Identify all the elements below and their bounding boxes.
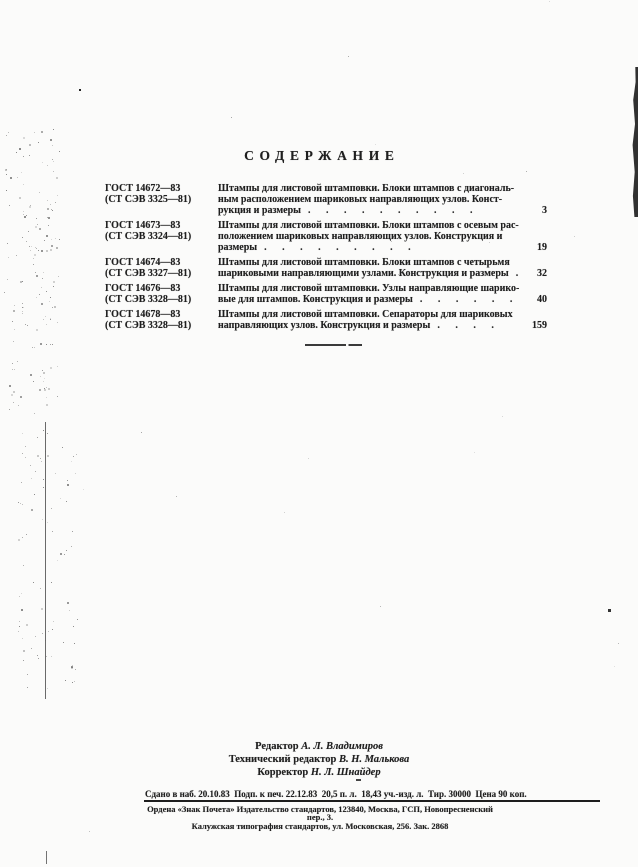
scan-speck bbox=[23, 211, 24, 212]
scan-speck bbox=[71, 666, 73, 668]
scan-speck bbox=[38, 142, 39, 143]
scan-speck bbox=[22, 307, 23, 308]
scan-speck bbox=[58, 276, 59, 277]
publisher-address: Ордена «Знак Почета» Издательство станда… bbox=[90, 806, 550, 821]
scan-speck bbox=[52, 531, 53, 532]
scan-speck bbox=[46, 344, 47, 345]
scan-speck bbox=[45, 316, 46, 317]
scan-speck bbox=[12, 363, 13, 364]
scan-speck bbox=[26, 534, 27, 535]
scan-speck bbox=[502, 416, 503, 417]
scan-speck bbox=[57, 322, 58, 323]
scan-speck bbox=[46, 387, 47, 388]
scan-speck bbox=[39, 192, 40, 193]
scan-speck bbox=[21, 609, 23, 611]
scan-speck bbox=[18, 631, 19, 632]
scan-speck bbox=[23, 660, 24, 661]
scan-speck bbox=[51, 245, 53, 247]
scan-speck bbox=[22, 281, 23, 282]
scan-speck bbox=[42, 370, 43, 371]
scan-speck bbox=[9, 205, 10, 206]
entry-description-cell: Штампы для листовой штамповки. Узлы напр… bbox=[218, 283, 521, 305]
scan-speck bbox=[48, 631, 49, 632]
dot-leader: . . . . . . . . . . bbox=[308, 205, 473, 216]
dot-leader: . . . . . . . . . bbox=[264, 242, 411, 253]
scan-speck bbox=[43, 487, 44, 488]
scan-speck bbox=[4, 292, 5, 293]
scan-artifact-vertical-line bbox=[46, 851, 47, 864]
scan-speck bbox=[526, 171, 527, 172]
scan-speck bbox=[6, 174, 7, 175]
scan-speck bbox=[10, 177, 12, 179]
scan-speck bbox=[43, 372, 45, 374]
scan-speck bbox=[20, 396, 22, 398]
scan-speck bbox=[22, 504, 23, 505]
scan-speck bbox=[549, 1, 550, 2]
scan-speck bbox=[47, 688, 48, 689]
scan-speck bbox=[21, 482, 22, 483]
scan-speck bbox=[34, 413, 35, 414]
scan-speck bbox=[11, 394, 13, 396]
gost-number: ГОСТ 14672—83 bbox=[105, 183, 218, 194]
dot-leader: . bbox=[516, 268, 519, 279]
scan-speck bbox=[6, 135, 7, 136]
scan-speck bbox=[6, 190, 7, 191]
entry-description-cell: Штампы для листовой штамповки. Блоки шта… bbox=[218, 183, 521, 216]
scan-speck bbox=[60, 498, 61, 499]
scan-speck bbox=[33, 582, 34, 583]
scan-speck bbox=[24, 216, 26, 218]
scan-speck bbox=[8, 257, 9, 258]
scan-speck bbox=[72, 531, 73, 532]
scan-speck bbox=[41, 287, 42, 288]
scan-speck bbox=[39, 294, 40, 295]
scan-speck bbox=[37, 455, 39, 457]
entry-description-cell: Штампы для листовой штамповки. Блоки шта… bbox=[218, 257, 521, 279]
scan-speck bbox=[8, 132, 9, 133]
scan-speck bbox=[26, 215, 27, 216]
scan-speck bbox=[22, 313, 23, 314]
scan-speck bbox=[41, 608, 43, 610]
scan-speck bbox=[63, 642, 64, 643]
credit-line: Корректор Н. Л. Шнайдер bbox=[0, 767, 638, 780]
scan-speck bbox=[41, 461, 42, 462]
scan-speck bbox=[33, 258, 34, 259]
scan-speck bbox=[50, 297, 51, 298]
scan-speck bbox=[51, 582, 52, 583]
scan-speck bbox=[75, 669, 76, 670]
scan-speck bbox=[73, 456, 74, 457]
scan-speck bbox=[42, 519, 43, 520]
scan-speck bbox=[141, 432, 142, 433]
scan-speck bbox=[71, 461, 72, 462]
scan-speck bbox=[55, 473, 56, 474]
scan-speck bbox=[40, 458, 41, 459]
scan-speck bbox=[12, 321, 13, 322]
scan-speck bbox=[53, 281, 55, 283]
toc-entry: ГОСТ 14674—83 (СТ СЭВ 3327—81) Штампы дл… bbox=[105, 257, 547, 279]
scan-speck bbox=[20, 281, 22, 283]
editor-role: Технический редактор bbox=[229, 754, 337, 765]
scan-speck bbox=[41, 303, 43, 305]
scan-speck bbox=[43, 430, 44, 431]
scan-speck bbox=[50, 367, 52, 369]
scan-speck bbox=[72, 682, 73, 683]
scan-speck bbox=[45, 640, 46, 641]
scan-speck bbox=[44, 240, 45, 241]
scan-speck bbox=[12, 369, 13, 370]
scan-speck bbox=[47, 455, 49, 457]
scan-speck bbox=[35, 636, 36, 637]
scan-speck bbox=[23, 650, 25, 652]
scan-speck bbox=[41, 250, 43, 252]
gost-number: ГОСТ 14673—83 bbox=[105, 220, 218, 231]
scan-speck bbox=[54, 306, 56, 308]
scan-speck bbox=[22, 311, 23, 312]
scan-speck bbox=[9, 385, 11, 387]
scan-speck bbox=[69, 610, 70, 611]
editor-role: Редактор bbox=[255, 741, 299, 752]
entry-page-number: 3 bbox=[521, 205, 547, 216]
scan-speck bbox=[31, 246, 32, 247]
scan-speck bbox=[23, 214, 24, 215]
scan-speck bbox=[37, 224, 38, 225]
scan-speck bbox=[29, 246, 30, 247]
scan-speck bbox=[76, 454, 77, 455]
scan-speck bbox=[49, 301, 50, 302]
scan-speck bbox=[57, 366, 58, 367]
scan-speck bbox=[44, 378, 45, 379]
sev-number: (СТ СЭВ 3324—81) bbox=[105, 231, 218, 242]
scan-speck bbox=[19, 596, 20, 597]
gost-number: ГОСТ 14678—83 bbox=[105, 309, 218, 320]
gost-column: ГОСТ 14672—83 (СТ СЭВ 3325—81) bbox=[105, 183, 218, 205]
scan-speck bbox=[77, 619, 78, 620]
scan-speck bbox=[39, 389, 41, 391]
scan-speck bbox=[48, 225, 49, 226]
scan-speck bbox=[46, 291, 47, 292]
entry-page-number: 159 bbox=[521, 320, 547, 331]
scan-speck bbox=[51, 239, 52, 240]
scan-speck bbox=[23, 307, 24, 308]
scan-speck bbox=[474, 452, 475, 453]
scan-speck bbox=[31, 478, 32, 479]
credit-line: Редактор А. Л. Владимиров bbox=[0, 741, 638, 754]
scan-speck bbox=[9, 409, 10, 410]
toc-entry: ГОСТ 14673—83 (СТ СЭВ 3324—81) Штампы дл… bbox=[105, 220, 547, 253]
scan-speck bbox=[45, 451, 46, 452]
scan-speck bbox=[44, 388, 45, 389]
scan-speck bbox=[26, 241, 27, 242]
scan-speck bbox=[53, 171, 54, 172]
scan-speck bbox=[31, 648, 32, 649]
scan-speck bbox=[89, 831, 90, 832]
scan-speck bbox=[30, 465, 31, 466]
gost-column: ГОСТ 14674—83 (СТ СЭВ 3327—81) bbox=[105, 257, 218, 279]
editor-name: В. Н. Малькова bbox=[339, 754, 409, 765]
scan-speck bbox=[46, 404, 48, 406]
scan-speck bbox=[72, 665, 73, 666]
scan-speck bbox=[35, 226, 37, 228]
scan-speck bbox=[26, 624, 28, 626]
scan-speck bbox=[47, 200, 48, 201]
scan-speck bbox=[25, 446, 26, 447]
scan-speck bbox=[19, 626, 20, 627]
scan-speck bbox=[41, 131, 43, 133]
scan-speck bbox=[23, 565, 24, 566]
editor-role: Корректор bbox=[257, 767, 308, 778]
imprint-rule bbox=[144, 800, 600, 802]
gost-number: ГОСТ 14676—83 bbox=[105, 283, 218, 294]
scan-speck bbox=[44, 389, 46, 391]
scan-speck bbox=[16, 255, 17, 256]
scan-speck bbox=[14, 305, 15, 306]
scan-speck bbox=[17, 361, 18, 362]
scan-speck bbox=[34, 254, 36, 256]
scan-speck bbox=[52, 145, 53, 146]
scan-speck bbox=[60, 553, 62, 555]
page-title: СОДЕРЖАНИЕ bbox=[0, 148, 638, 164]
scan-speck bbox=[67, 480, 68, 481]
scan-speck bbox=[13, 391, 15, 393]
scan-speck bbox=[14, 329, 15, 330]
scan-speck bbox=[30, 205, 31, 206]
scan-speck bbox=[13, 341, 14, 342]
gost-column: ГОСТ 14673—83 (СТ СЭВ 3324—81) bbox=[105, 220, 218, 242]
scan-speck bbox=[39, 228, 41, 230]
scan-speck bbox=[67, 484, 69, 486]
scan-speck bbox=[28, 231, 29, 232]
scan-speck bbox=[46, 235, 48, 237]
scan-artifact-edge-streak bbox=[632, 67, 638, 217]
scan-speck bbox=[48, 217, 50, 219]
scan-speck bbox=[34, 347, 35, 348]
scan-speck bbox=[375, 144, 376, 145]
scan-speck bbox=[19, 197, 21, 199]
scan-speck bbox=[348, 56, 349, 57]
scan-speck bbox=[25, 324, 26, 325]
scan-speck bbox=[62, 447, 63, 448]
scan-speck bbox=[30, 250, 31, 251]
scan-speck bbox=[36, 218, 37, 219]
scan-speck bbox=[34, 132, 35, 133]
toc-entry: ГОСТ 14676—83 (СТ СЭВ 3328—81) Штампы дл… bbox=[105, 283, 547, 305]
scan-speck bbox=[608, 609, 611, 612]
scan-speck bbox=[37, 437, 38, 438]
scan-speck bbox=[50, 249, 52, 251]
gost-number: ГОСТ 14674—83 bbox=[105, 257, 218, 268]
scan-speck bbox=[46, 324, 47, 325]
scan-speck bbox=[31, 509, 33, 511]
scan-speck bbox=[46, 656, 47, 657]
scan-speck bbox=[50, 139, 52, 141]
print-run-info: Сдано в наб. 20.10.83 Подп. к печ. 22.12… bbox=[145, 789, 600, 799]
scan-speck bbox=[42, 633, 43, 634]
scan-speck bbox=[380, 606, 381, 607]
scan-speck bbox=[50, 344, 51, 345]
scan-speck bbox=[66, 550, 67, 551]
scan-speck bbox=[14, 369, 15, 370]
scan-speck bbox=[74, 681, 75, 682]
scan-speck bbox=[52, 629, 53, 630]
scan-speck bbox=[59, 239, 60, 240]
scan-speck bbox=[38, 658, 39, 659]
scan-speck bbox=[231, 117, 232, 118]
gost-column: ГОСТ 14678—83 (СТ СЭВ 3328—81) bbox=[105, 309, 218, 331]
credits-block: Редактор А. Л. Владимиров Технический ре… bbox=[0, 741, 638, 779]
entry-page-number: 19 bbox=[521, 242, 547, 253]
scan-speck bbox=[53, 129, 54, 130]
scan-speck bbox=[53, 621, 54, 622]
scan-speck bbox=[66, 501, 67, 502]
scan-speck bbox=[30, 374, 32, 376]
scan-speck bbox=[56, 247, 58, 249]
table-of-contents: ГОСТ 14672—83 (СТ СЭВ 3325—81) Штампы дл… bbox=[105, 183, 547, 335]
scan-speck bbox=[50, 204, 51, 205]
scan-speck bbox=[50, 318, 51, 319]
scan-speck bbox=[25, 457, 26, 458]
scan-speck bbox=[308, 458, 309, 459]
entry-description-cell: Штампы для листовой штамповки. Блоки шта… bbox=[218, 220, 521, 253]
scan-speck bbox=[57, 396, 58, 397]
entry-page-number: 32 bbox=[521, 268, 547, 279]
sev-number: (СТ СЭВ 3328—81) bbox=[105, 294, 218, 305]
scan-speck bbox=[22, 433, 23, 434]
scan-speck bbox=[64, 554, 65, 555]
sev-number: (СТ СЭВ 3328—81) bbox=[105, 320, 218, 331]
scan-speck bbox=[43, 319, 44, 320]
scan-speck bbox=[21, 172, 22, 173]
scan-speck bbox=[40, 343, 42, 345]
scan-speck bbox=[33, 381, 34, 382]
scan-speck bbox=[5, 169, 7, 171]
scan-speck bbox=[47, 165, 48, 166]
scan-speck bbox=[20, 503, 21, 504]
scan-speck bbox=[17, 177, 18, 178]
scan-speck bbox=[37, 655, 38, 656]
scan-speck bbox=[52, 307, 53, 308]
gost-column: ГОСТ 14676—83 (СТ СЭВ 3328—81) bbox=[105, 283, 218, 305]
scan-speck bbox=[35, 272, 36, 273]
printer-info: Калужская типография стандартов, ул. Мос… bbox=[90, 821, 550, 831]
scan-speck bbox=[23, 184, 24, 185]
scan-speck bbox=[22, 537, 23, 538]
scan-speck bbox=[42, 278, 43, 279]
scan-speck bbox=[36, 329, 38, 331]
sev-number: (СТ СЭВ 3327—81) bbox=[105, 268, 218, 279]
scan-speck bbox=[43, 272, 44, 273]
scan-speck bbox=[51, 656, 52, 657]
dot-leader: . . . . bbox=[437, 320, 494, 331]
scan-speck bbox=[47, 208, 49, 210]
scan-speck bbox=[574, 236, 575, 237]
scan-speck bbox=[40, 588, 41, 589]
scan-speck bbox=[48, 388, 50, 390]
scan-artifact-vertical-line bbox=[45, 422, 46, 699]
scan-speck bbox=[614, 666, 615, 667]
scan-speck bbox=[71, 667, 73, 669]
scan-speck bbox=[22, 638, 23, 639]
scan-speck bbox=[53, 286, 54, 287]
toc-entry: ГОСТ 14672—83 (СТ СЭВ 3325—81) Штампы дл… bbox=[105, 183, 547, 216]
scan-speck bbox=[47, 433, 48, 434]
scan-speck bbox=[47, 217, 48, 218]
scan-speck bbox=[284, 512, 285, 513]
scan-speck bbox=[46, 397, 47, 398]
scan-speck bbox=[22, 237, 23, 238]
scan-speck bbox=[52, 210, 53, 211]
scan-speck bbox=[21, 593, 22, 594]
editor-name: Н. Л. Шнайдер bbox=[311, 767, 381, 778]
scan-speck bbox=[33, 264, 34, 265]
scan-speck bbox=[71, 546, 72, 547]
scan-speck bbox=[51, 209, 52, 210]
scan-speck bbox=[38, 250, 39, 251]
scan-speck bbox=[50, 319, 51, 320]
scan-speck bbox=[7, 243, 8, 244]
scan-speck bbox=[18, 502, 19, 503]
entry-page-number: 40 bbox=[521, 294, 547, 305]
scan-speck bbox=[56, 177, 58, 179]
scan-speck bbox=[13, 402, 14, 403]
credit-line: Технический редактор В. Н. Малькова bbox=[0, 754, 638, 767]
scan-speck bbox=[57, 560, 58, 561]
scan-speck bbox=[18, 405, 19, 406]
scan-speck bbox=[35, 471, 36, 472]
scan-speck bbox=[40, 376, 41, 377]
scan-speck bbox=[35, 247, 36, 248]
scan-speck bbox=[36, 248, 37, 249]
scan-speck bbox=[47, 522, 48, 523]
scan-speck bbox=[7, 279, 8, 280]
scan-speck bbox=[463, 173, 464, 174]
scan-speck bbox=[79, 89, 81, 91]
scan-speck bbox=[57, 195, 58, 196]
scan-speck bbox=[34, 494, 35, 495]
scan-speck bbox=[36, 297, 37, 298]
scan-speck bbox=[55, 238, 56, 239]
scan-speck bbox=[65, 680, 66, 681]
entry-description-cell: Штампы для листовой штамповки. Сепаратор… bbox=[218, 309, 521, 331]
scan-speck bbox=[27, 674, 28, 675]
scan-speck bbox=[22, 303, 23, 304]
section-divider bbox=[305, 344, 362, 346]
scan-speck bbox=[19, 621, 20, 622]
scan-speck bbox=[6, 169, 7, 170]
scan-speck bbox=[18, 539, 20, 541]
scanned-document-page: { "page": { "background": "#fbfbfa", "in… bbox=[0, 0, 638, 867]
scan-speck bbox=[27, 687, 28, 688]
scan-speck bbox=[83, 489, 84, 490]
scan-speck bbox=[27, 325, 28, 326]
editor-name: А. Л. Владимиров bbox=[301, 741, 383, 752]
scan-speck bbox=[32, 347, 33, 348]
scan-speck bbox=[13, 310, 15, 312]
dot-leader: . . . . . . bbox=[420, 294, 513, 305]
scan-speck bbox=[43, 479, 44, 480]
scan-speck bbox=[74, 643, 75, 644]
entry-description: Штампы для листовой штамповки. Блоки шта… bbox=[218, 257, 510, 279]
scan-speck bbox=[176, 496, 177, 497]
scan-speck bbox=[73, 626, 74, 627]
scan-speck bbox=[75, 473, 76, 474]
scan-speck bbox=[46, 250, 48, 252]
scan-speck bbox=[43, 381, 44, 382]
scan-speck bbox=[55, 202, 56, 203]
scan-speck bbox=[51, 508, 52, 509]
scan-speck bbox=[29, 206, 31, 208]
scan-speck bbox=[52, 344, 53, 345]
